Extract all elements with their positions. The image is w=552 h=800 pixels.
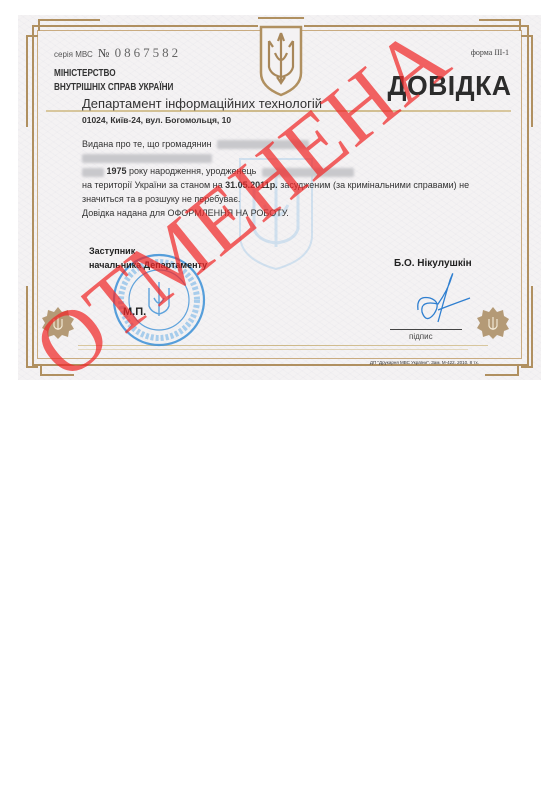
status-as-of-label: на території України за станом на [82,180,225,190]
form-label: форма ІІІ-1 [471,48,509,57]
document-title: ДОВІДКА [387,70,511,102]
redacted-birthplace [262,168,354,177]
body-line-4: на території України за станом на 31.05.… [82,179,522,193]
redacted-name-2 [82,154,212,163]
signatory-name: Б.О. Нікулушкін [394,258,472,269]
body-line-6: Довідка надана для ОФОРМЛЕННЯ НА РОБОТУ. [82,207,522,221]
frame-corner-tl2 [38,19,100,31]
trident-crest-icon [258,23,304,97]
signatory-title-line-1: Заступник [89,244,207,258]
signature-line [390,329,462,330]
department-name: Департамент інформаційних технологій [82,96,322,111]
ministry-line-1: МІНІСТЕРСТВО [54,67,173,81]
body-line-5: значиться та в розшуку не перебуває. [82,193,522,207]
certificate-body: Видана про те, що громадянин 1975 року н… [82,138,522,220]
certificate-scan: серія МВС № 0867582 форма ІІІ-1 МІНІСТЕР… [18,15,541,380]
footer-divider-2 [78,349,468,350]
number-sign: № [98,46,109,60]
frame-corner-br2 [485,366,519,376]
redacted-name [217,140,309,149]
serial-number: 0867582 [115,45,182,60]
signature-caption: підпис [409,332,433,341]
handwritten-signature-icon [408,270,478,330]
body-line-1: Видана про те, що громадянин [82,138,522,152]
birth-label: року народження, уродженець [127,166,257,176]
gold-seal-right-icon [476,306,510,340]
frame-corner-tr2 [479,19,521,31]
frame-corner-br [521,286,533,368]
conviction-text: засудженим (за кримінальними справами) н… [278,180,469,190]
department-address: 01024, Київ-24, вул. Богомольця, 10 [82,115,231,125]
issued-to-label: Видана про те, що громадянин [82,139,212,149]
frame-corner-tr [521,35,533,127]
ministry-line-2: ВНУТРІШНІХ СПРАВ УКРАЇНИ [54,81,173,95]
signatory-title-line-2: начальника Департаменту [89,258,207,272]
redacted-birth-date [82,168,104,177]
ministry-name: МІНІСТЕРСТВО ВНУТРІШНІХ СПРАВ УКРАЇНИ [54,67,173,95]
birth-year: 1975 [107,166,127,176]
body-line-2 [82,152,522,166]
frame-corner-bl [26,286,38,368]
frame-corner-bl2 [40,366,74,376]
signatory-title: Заступник начальника Департаменту [89,244,207,272]
serial-block: серія МВС № 0867582 [54,45,181,61]
stamp-place-label: М.П. [123,306,146,318]
body-line-3: 1975 року народження, уродженець [82,165,522,179]
frame-corner-tl [26,35,38,127]
gold-seal-left-icon [41,306,75,340]
printer-imprint: ДП "Друкарня МВС України". Зам. М-422. 2… [370,360,479,365]
crest-top-line [258,17,304,19]
series-label: серія МВС [54,50,93,59]
status-date: 31.05.2011р. [225,180,278,190]
